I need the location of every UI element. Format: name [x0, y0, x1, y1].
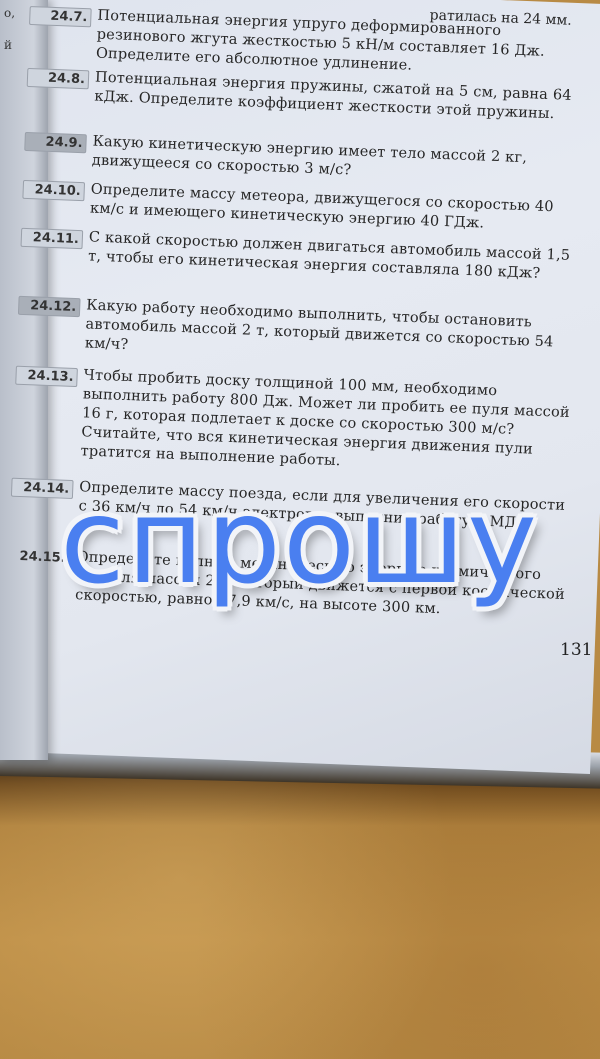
- problem-number: 24.7.: [29, 6, 92, 27]
- problem-number: 24.10.: [22, 180, 85, 201]
- problem-number: 24.9.: [24, 132, 87, 153]
- problem-number: 24.11.: [21, 228, 84, 249]
- problem-number: 24.13.: [15, 366, 78, 387]
- problem-text: Чтобы пробить доску толщиной 100 мм, нео…: [80, 366, 575, 480]
- left-page-fragment: о,: [4, 6, 15, 20]
- problem-number: 24.12.: [18, 296, 81, 317]
- problem-number: 24.8.: [27, 68, 90, 89]
- overlay-sticker-word: спрошу: [60, 482, 539, 600]
- left-page-fragment: й: [4, 38, 12, 52]
- desk-surface: [0, 760, 600, 1059]
- page-number: 131: [560, 640, 592, 660]
